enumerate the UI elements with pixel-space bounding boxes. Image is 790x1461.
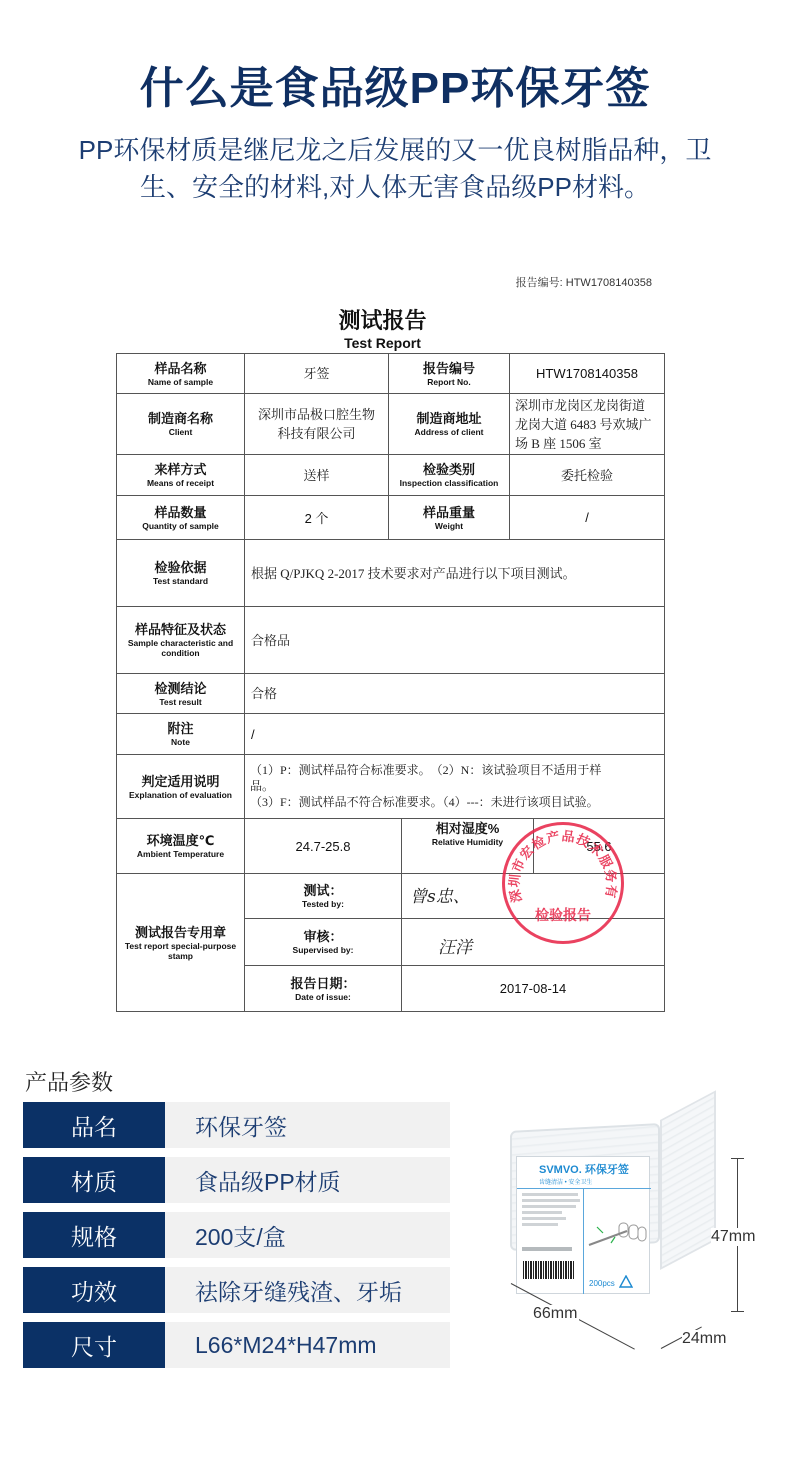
signature-supervisor: 汪洋: [438, 933, 472, 958]
label-text-line: [522, 1205, 576, 1208]
value-temperature: 24.7-25.8: [244, 818, 402, 874]
label-date-of-issue: 报告日期： Date of issue:: [244, 965, 402, 1012]
intro-paragraph: PP环保材质是继尼龙之后发展的又一优良树脂品种，卫 生、安全的材料,对人体无害食…: [0, 132, 790, 206]
intro-line-2: 生、安全的材料,对人体无害食品级PP材料。: [0, 169, 790, 206]
label-divider: [517, 1188, 651, 1189]
label-sample-name: 样品名称 Name of sample: [116, 353, 245, 394]
svg-text:深圳市宏检产品技术服务有限公司: 深圳市宏检产品技术服务有限公司: [505, 825, 619, 904]
report-title: 测试报告: [0, 304, 765, 335]
param-row-name: 品名 环保牙签: [23, 1102, 450, 1148]
value-evaluation: （1）P：测试样品符合标准要求。 （2）N：该试验项目不适用于样 品。 （3）F…: [244, 754, 665, 819]
value-quantity: 2 个: [244, 495, 389, 540]
value-test-result: 合格: [244, 673, 665, 714]
height-dimension-cap-bottom: [731, 1311, 744, 1312]
param-label: 规格: [23, 1212, 165, 1258]
label-sample-condition: 样品特征及状态 Sample characteristic and condit…: [116, 606, 245, 674]
stamp-center-text: 检验报告: [535, 905, 591, 925]
intro-line-1: PP环保材质是继尼龙之后发展的又一优良树脂品种，卫: [0, 132, 790, 169]
label-note: 附注 Note: [116, 713, 245, 755]
label-text-line: [522, 1223, 558, 1226]
label-stamp-section: 测试报告专用章 Test report special-purpose stam…: [116, 873, 245, 1012]
label-client: 制造商名称 Client: [116, 393, 245, 455]
label-text-line: [522, 1193, 578, 1196]
label-means-of-receipt: 来样方式 Means of receipt: [116, 454, 245, 496]
label-temperature: 环境温度℃ Ambient Temperature: [116, 818, 245, 874]
value-client: 深圳市品极口腔生物 科技有限公司: [244, 393, 389, 455]
param-row-material: 材质 食品级PP材质: [23, 1157, 450, 1203]
label-report-no: 报告编号 Report No.: [388, 353, 510, 394]
param-label: 材质: [23, 1157, 165, 1203]
param-label: 品名: [23, 1102, 165, 1148]
height-dimension-label: 47mm: [711, 1228, 755, 1246]
official-stamp: 深圳市宏检产品技术服务有限公司 检验报告: [502, 822, 624, 944]
value-report-no: HTW1708140358: [509, 353, 665, 394]
label-inspection-class: 检验类别 Inspection classification: [388, 454, 510, 496]
label-tested-by: 测试： Tested by:: [244, 873, 402, 919]
param-label: 功效: [23, 1267, 165, 1313]
value-sample-condition: 合格品: [244, 606, 665, 674]
recycle-triangle-icon: [619, 1275, 633, 1288]
param-value: L66*M24*H47mm: [165, 1322, 450, 1368]
value-inspection-class: 委托检验: [509, 454, 665, 496]
value-weight: /: [509, 495, 665, 540]
param-value: 祛除牙缝残渣、牙垢: [165, 1267, 450, 1313]
label-text-line: [522, 1211, 562, 1214]
param-row-effect: 功效 祛除牙缝残渣、牙垢: [23, 1267, 450, 1313]
value-test-standard: 根据 Q/PJKQ 2-2017 技术要求对产品进行以下项目测试。: [244, 539, 665, 607]
value-sample-name: 牙签: [244, 353, 389, 394]
barcode-icon: [523, 1261, 575, 1279]
height-dimension-cap-top: [731, 1158, 744, 1159]
label-test-standard: 检验依据 Test standard: [116, 539, 245, 607]
value-client-address: 深圳市龙岗区龙岗街道 龙岗大道 6483 号欢城广 场 B 座 1506 室: [509, 393, 665, 455]
label-weight: 样品重量 Weight: [388, 495, 510, 540]
label-text-line: [522, 1247, 572, 1251]
toothpick-diagram-icon: [587, 1217, 647, 1253]
label-text-line: [522, 1199, 580, 1202]
value-note: /: [244, 713, 665, 755]
product-count-badge: 200pcs: [589, 1279, 615, 1288]
product-brand-sub: 齿缝清洁 • 安全卫生: [539, 1177, 592, 1186]
value-means-of-receipt: 送样: [244, 454, 389, 496]
page-headline: 什么是食品级PP环保牙签: [0, 52, 790, 116]
report-number-header: 报告编号: HTW1708140358: [380, 274, 652, 290]
label-quantity: 样品数量 Quantity of sample: [116, 495, 245, 540]
label-supervised-by: 审核： Supervised by:: [244, 918, 402, 966]
depth-dimension-label: 24mm: [682, 1330, 726, 1348]
label-text-line: [522, 1217, 566, 1220]
product-brand: SVMVO. 环保牙签: [539, 1161, 629, 1177]
label-client-address: 制造商地址 Address of client: [388, 393, 510, 455]
param-value: 200支/盒: [165, 1212, 450, 1258]
params-heading: 产品参数: [25, 1066, 113, 1097]
param-value: 环保牙签: [165, 1102, 450, 1148]
product-label-card: SVMVO. 环保牙签 齿缝清洁 • 安全卫生 200pcs: [516, 1156, 650, 1294]
product-box-side: [660, 1090, 716, 1270]
value-date-of-issue: 2017-08-14: [401, 965, 665, 1012]
label-divider-vertical: [583, 1188, 584, 1294]
label-test-result: 检测结论 Test result: [116, 673, 245, 714]
report-subtitle: Test Report: [0, 335, 765, 351]
param-value: 食品级PP材质: [165, 1157, 450, 1203]
param-label: 尺寸: [23, 1322, 165, 1368]
width-dimension-label: 66mm: [531, 1305, 579, 1323]
param-row-spec: 规格 200支/盒: [23, 1212, 450, 1258]
param-row-size: 尺寸 L66*M24*H47mm: [23, 1322, 450, 1368]
signature-tester: 曾s忠、: [410, 882, 470, 907]
label-evaluation: 判定适用说明 Explanation of evaluation: [116, 754, 245, 819]
